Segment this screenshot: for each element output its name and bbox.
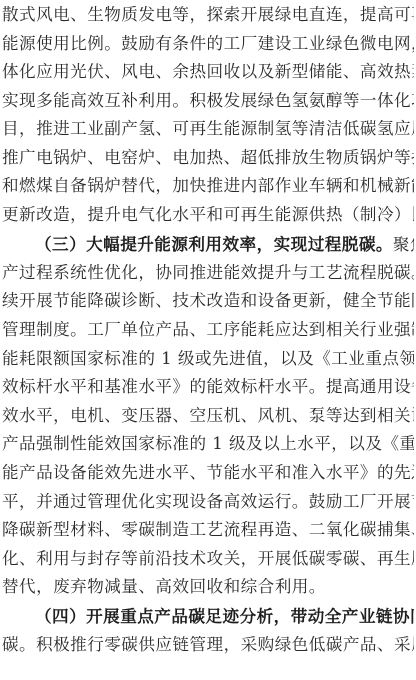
text-line: 散式风电、生物质发电等，探索开展绿电直连，提高可再生 <box>2 4 414 26</box>
text-line: 体化应用光伏、风电、余热回收以及新型储能、高效热泵等， <box>2 61 414 83</box>
text-line: 能耗限额国家标准的 1 级或先进值，以及《工业重点领域能 <box>2 348 414 370</box>
text-line: 能源使用比例。鼓励有条件的工厂建设工业绿色微电网，一 <box>2 33 414 55</box>
text-line: 推广电锅炉、电窑炉、电加热、超低排放生物质锅炉等技术 <box>2 147 414 169</box>
section-heading: （四）开展重点产品碳足迹分析，带动全产业链协同降 <box>35 606 414 626</box>
text-line: 碳。积极推行零碳供应链管理，采购绿色低碳产品、采用绿 <box>2 634 414 656</box>
text-line: 能产品设备能效先进水平、节能水平和准入水平》的先进水 <box>2 462 414 484</box>
text-line: 效标杆水平和基准水平》的能效标杆水平。提高通用设备能 <box>2 376 414 398</box>
text-line: 效水平，电机、变压器、空压机、风机、泵等达到相关设备 <box>2 405 414 427</box>
text-line: 管理制度。工厂单位产品、工序能耗应达到相关行业强制性 <box>2 319 414 341</box>
text-line: 实现多能高效互补利用。积极发展绿色氢氨醇等一体化项 <box>2 90 414 112</box>
text-line: 平，并通过管理优化实现设备高效运行。鼓励工厂开展节能 <box>2 491 414 513</box>
text-line: 化、利用与封存等前沿技术攻关，开展低碳零碳、再生原料 <box>2 548 414 570</box>
text-line: 产品强制性能效国家标准的 1 级及以上水平，以及《重点用 <box>2 433 414 455</box>
text-line: 更新改造，提升电气化水平和可再生能源供热（制冷）比例。 <box>2 204 414 226</box>
section-heading: （三）大幅提升能源利用效率，实现过程脱碳。 <box>35 234 393 254</box>
text-line: 和燃煤自备锅炉替代，加快推进内部作业车辆和机械新能源 <box>2 175 414 197</box>
section-heading-line: （四）开展重点产品碳足迹分析，带动全产业链协同降 <box>35 605 414 627</box>
text-line: 产过程系统性优化，协同推进能效提升与工艺流程脱碳。持 <box>2 262 414 284</box>
text-line: 目，推进工业副产氢、可再生能源制氢等清洁低碳氢应用。 <box>2 118 414 140</box>
text-line: 替代，废弃物减量、高效回收和综合利用。 <box>2 576 414 598</box>
text-line: 降碳新型材料、零碳制造工艺流程再造、二氧化碳捕集、转 <box>2 519 414 541</box>
document-page: 散式风电、生物质发电等，探索开展绿电直连，提高可再生 能源使用比例。鼓励有条件的… <box>0 0 416 680</box>
heading-followup-text: 聚焦生 <box>393 235 414 254</box>
text-line: 续开展节能降碳诊断、技术改造和设备更新，健全节能降碳 <box>2 290 414 312</box>
section-heading-line: （三）大幅提升能源利用效率，实现过程脱碳。聚焦生 <box>35 233 414 255</box>
